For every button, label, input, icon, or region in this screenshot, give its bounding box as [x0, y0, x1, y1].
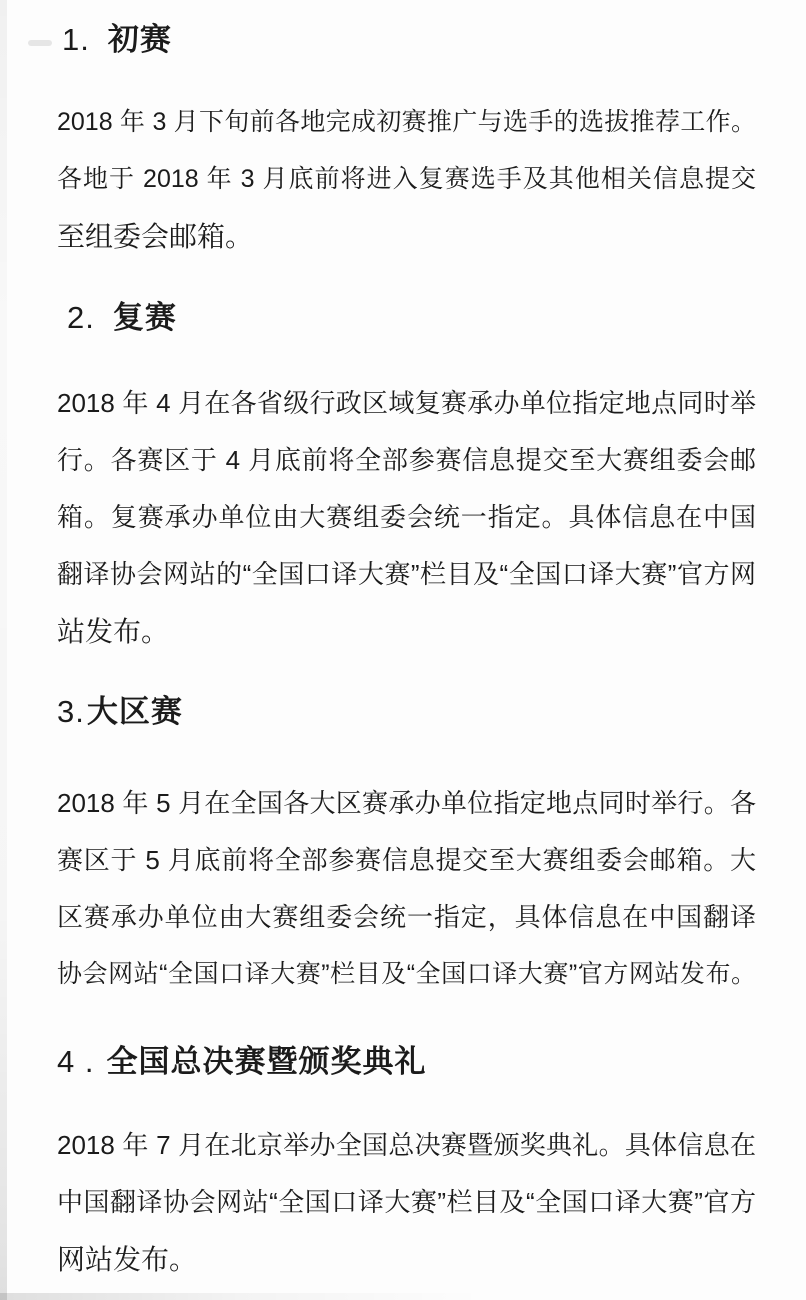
section-heading: 4 .全国总决赛暨颁奖典礼	[57, 1042, 756, 1082]
text-line: 赛区于 5 月底前将全部参赛信息提交至大赛组委会邮箱。大	[57, 832, 756, 889]
scan-left-edge-artifact	[0, 0, 7, 1300]
text-line: 翻译协会网站的“全国口译大赛”栏目及“全国口译大赛”官方网	[57, 546, 756, 603]
text-line: 网站发布。	[57, 1231, 756, 1288]
section-heading: 3.大区赛	[57, 692, 756, 732]
section-grand-final-and-award-ceremony: 4 .全国总决赛暨颁奖典礼 2018 年 7 月在北京举办全国总决赛暨颁奖典礼。…	[57, 1042, 756, 1288]
scan-smudge-artifact	[28, 40, 52, 46]
text-line: 站发布。	[57, 603, 756, 660]
section-title: 全国总决赛暨颁奖典礼	[106, 1044, 426, 1079]
text-line: 2018 年 3 月下旬前各地完成初赛推广与选手的选拔推荐工作。	[57, 94, 756, 151]
section-preliminary-round: 1.初赛 2018 年 3 月下旬前各地完成初赛推广与选手的选拔推荐工作。 各地…	[57, 20, 756, 265]
section-paragraph: 2018 年 7 月在北京举办全国总决赛暨颁奖典礼。具体信息在 中国翻译协会网站…	[57, 1117, 756, 1288]
section-paragraph: 2018 年 4 月在各省级行政区域复赛承办单位指定地点同时举 行。各赛区于 4…	[57, 375, 756, 660]
text-line: 2018 年 5 月在全国各大区赛承办单位指定地点同时举行。各	[57, 775, 756, 832]
section-number: 3.	[57, 694, 85, 729]
section-title: 复赛	[113, 300, 177, 335]
section-regional-round: 3.大区赛 2018 年 5 月在全国各大区赛承办单位指定地点同时举行。各 赛区…	[57, 692, 756, 1003]
text-line: 各地于 2018 年 3 月底前将进入复赛选手及其他相关信息提交	[57, 151, 756, 208]
text-line: 行。各赛区于 4 月底前将全部参赛信息提交至大赛组委会邮	[57, 432, 756, 489]
section-semifinal-round: 2.复赛 2018 年 4 月在各省级行政区域复赛承办单位指定地点同时举 行。各…	[57, 298, 756, 660]
section-number: 2.	[67, 300, 95, 335]
section-heading: 2.复赛	[67, 298, 756, 338]
text-line: 2018 年 7 月在北京举办全国总决赛暨颁奖典礼。具体信息在	[57, 1117, 756, 1174]
text-line: 区赛承办单位由大赛组委会统一指定，具体信息在中国翻译	[57, 889, 756, 946]
section-number: 1.	[62, 22, 90, 57]
text-line: 2018 年 4 月在各省级行政区域复赛承办单位指定地点同时举	[57, 375, 756, 432]
scan-bottom-edge-artifact	[0, 1293, 806, 1300]
section-paragraph: 2018 年 3 月下旬前各地完成初赛推广与选手的选拔推荐工作。 各地于 201…	[57, 94, 756, 265]
section-title: 大区赛	[87, 694, 183, 729]
text-line: 中国翻译协会网站“全国口译大赛”栏目及“全国口译大赛”官方	[57, 1174, 756, 1231]
text-line: 至组委会邮箱。	[57, 208, 756, 265]
text-line: 箱。复赛承办单位由大赛组委会统一指定。具体信息在中国	[57, 489, 756, 546]
scanned-document-page: 1.初赛 2018 年 3 月下旬前各地完成初赛推广与选手的选拔推荐工作。 各地…	[0, 0, 806, 1300]
text-line: 协会网站“全国口译大赛”栏目及“全国口译大赛”官方网站发布。	[57, 946, 756, 1003]
section-paragraph: 2018 年 5 月在全国各大区赛承办单位指定地点同时举行。各 赛区于 5 月底…	[57, 775, 756, 1003]
section-number: 4 .	[57, 1044, 94, 1079]
section-heading: 1.初赛	[62, 20, 756, 60]
section-title: 初赛	[108, 22, 172, 57]
